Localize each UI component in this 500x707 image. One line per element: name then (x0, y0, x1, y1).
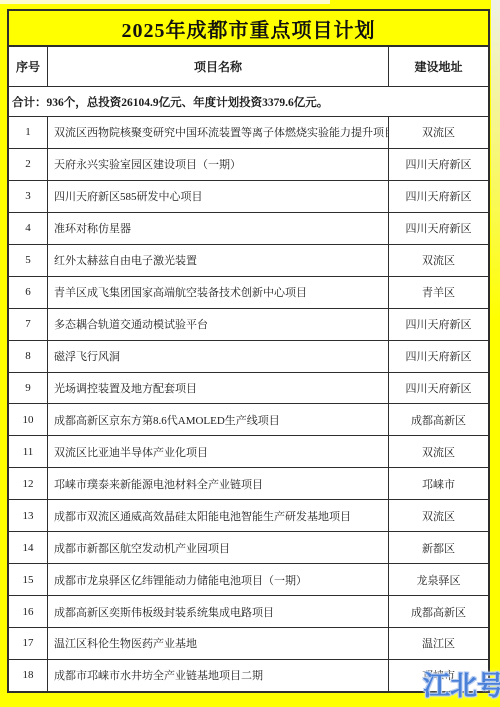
column-header-row: 序号 项目名称 建设地址 (9, 47, 488, 87)
table-row: 16 成都高新区奕斯伟板级封装系统集成电路项目 成都高新区 (9, 596, 488, 628)
table-title: 2025年成都市重点项目计划 (122, 14, 376, 43)
project-name-cell: 成都市新都区航空发动机产业园项目 (48, 532, 389, 563)
project-name-cell: 成都市邛崃市水井坊全产业链基地项目二期 (48, 660, 389, 691)
project-name-cell: 双流区比亚迪半导体产业化项目 (48, 436, 389, 467)
project-name-cell: 双流区西物院核聚变研究中国环流装置等离子体燃烧实验能力提升项目 (48, 117, 389, 148)
row-index-cell: 10 (9, 404, 48, 435)
row-index-cell: 9 (9, 373, 48, 404)
row-index-cell: 3 (9, 181, 48, 212)
project-name-cell: 温江区科伦生物医药产业基地 (48, 628, 389, 659)
row-index-cell: 15 (9, 564, 48, 595)
row-index-cell: 4 (9, 213, 48, 244)
location-cell: 龙泉驿区 (389, 564, 488, 595)
row-index-cell: 17 (9, 628, 48, 659)
table-row: 14 成都市新都区航空发动机产业园项目 新都区 (9, 532, 488, 564)
table-row: 7 多态耦合轨道交通动模试验平台 四川天府新区 (9, 309, 488, 341)
project-name-cell: 青羊区成飞集团国家高端航空装备技术创新中心项目 (48, 277, 389, 308)
project-name-cell: 四川天府新区585研发中心项目 (48, 181, 389, 212)
header-cell-name: 项目名称 (48, 47, 389, 86)
table-title-row: 2025年成都市重点项目计划 (9, 11, 488, 47)
row-index-cell: 2 (9, 149, 48, 180)
project-name-cell: 磁浮飞行风洞 (48, 341, 389, 372)
row-index-cell: 7 (9, 309, 48, 340)
project-table: 2025年成都市重点项目计划 序号 项目名称 建设地址 合计：936个，总投资2… (7, 9, 490, 693)
table-row: 2 天府永兴实验室园区建设项目（一期） 四川天府新区 (9, 149, 488, 181)
table-row: 9 光场调控装置及地方配套项目 四川天府新区 (9, 373, 488, 405)
location-cell: 双流区 (389, 117, 488, 148)
project-name-cell: 成都市双流区通威高效晶硅太阳能电池智能生产研发基地项目 (48, 500, 389, 531)
location-cell: 双流区 (389, 436, 488, 467)
table-row: 8 磁浮飞行风洞 四川天府新区 (9, 341, 488, 373)
summary-text: 合计：936个，总投资26104.9亿元、年度计划投资3379.6亿元。 (12, 94, 328, 110)
location-cell: 四川天府新区 (389, 149, 488, 180)
table-row: 10 成都高新区京东方第8.6代AMOLED生产线项目 成都高新区 (9, 404, 488, 436)
location-cell: 双流区 (389, 500, 488, 531)
location-cell: 邛崃市 (389, 468, 488, 499)
row-index-cell: 12 (9, 468, 48, 499)
table-body: 1 双流区西物院核聚变研究中国环流装置等离子体燃烧实验能力提升项目 双流区 2 … (9, 117, 488, 691)
project-name-cell: 天府永兴实验室园区建设项目（一期） (48, 149, 389, 180)
table-row: 6 青羊区成飞集团国家高端航空装备技术创新中心项目 青羊区 (9, 277, 488, 309)
location-cell: 新都区 (389, 532, 488, 563)
project-name-cell: 成都高新区奕斯伟板级封装系统集成电路项目 (48, 596, 389, 627)
watermark-text: 江北号 (423, 664, 500, 703)
location-cell: 四川天府新区 (389, 373, 488, 404)
location-cell: 四川天府新区 (389, 309, 488, 340)
project-name-cell: 光场调控装置及地方配套项目 (48, 373, 389, 404)
row-index-cell: 8 (9, 341, 48, 372)
project-name-cell: 多态耦合轨道交通动模试验平台 (48, 309, 389, 340)
row-index-cell: 11 (9, 436, 48, 467)
table-row: 15 成都市龙泉驿区亿纬锂能动力储能电池项目（一期） 龙泉驿区 (9, 564, 488, 596)
project-name-cell: 红外太赫兹自由电子激光装置 (48, 245, 389, 276)
table-row: 4 准环对称仿星器 四川天府新区 (9, 213, 488, 245)
table-row: 3 四川天府新区585研发中心项目 四川天府新区 (9, 181, 488, 213)
table-row: 17 温江区科伦生物医药产业基地 温江区 (9, 628, 488, 660)
page-background: { "page": { "background_color": "#ffff00… (0, 0, 500, 707)
summary-row: 合计：936个，总投资26104.9亿元、年度计划投资3379.6亿元。 (9, 87, 488, 117)
table-row: 5 红外太赫兹自由电子激光装置 双流区 (9, 245, 488, 277)
project-name-cell: 成都市龙泉驿区亿纬锂能动力储能电池项目（一期） (48, 564, 389, 595)
table-row: 1 双流区西物院核聚变研究中国环流装置等离子体燃烧实验能力提升项目 双流区 (9, 117, 488, 149)
header-cell-location: 建设地址 (389, 47, 488, 86)
scan-light-artifact-right (491, 0, 500, 320)
row-index-cell: 16 (9, 596, 48, 627)
row-index-cell: 1 (9, 117, 48, 148)
location-cell: 青羊区 (389, 277, 488, 308)
location-cell: 成都高新区 (389, 596, 488, 627)
location-cell: 四川天府新区 (389, 341, 488, 372)
row-index-cell: 13 (9, 500, 48, 531)
location-cell: 温江区 (389, 628, 488, 659)
row-index-cell: 14 (9, 532, 48, 563)
location-cell: 双流区 (389, 245, 488, 276)
location-cell: 四川天府新区 (389, 181, 488, 212)
location-cell: 四川天府新区 (389, 213, 488, 244)
table-row: 11 双流区比亚迪半导体产业化项目 双流区 (9, 436, 488, 468)
table-row: 12 邛崃市璞泰来新能源电池材料全产业链项目 邛崃市 (9, 468, 488, 500)
project-name-cell: 准环对称仿星器 (48, 213, 389, 244)
row-index-cell: 18 (9, 660, 48, 691)
project-name-cell: 成都高新区京东方第8.6代AMOLED生产线项目 (48, 404, 389, 435)
table-row: 18 成都市邛崃市水井坊全产业链基地项目二期 邛崃市 (9, 660, 488, 691)
table-row: 13 成都市双流区通威高效晶硅太阳能电池智能生产研发基地项目 双流区 (9, 500, 488, 532)
location-cell: 成都高新区 (389, 404, 488, 435)
project-name-cell: 邛崃市璞泰来新能源电池材料全产业链项目 (48, 468, 389, 499)
scan-light-artifact-top (0, 0, 330, 4)
row-index-cell: 6 (9, 277, 48, 308)
header-cell-index: 序号 (9, 47, 48, 86)
row-index-cell: 5 (9, 245, 48, 276)
